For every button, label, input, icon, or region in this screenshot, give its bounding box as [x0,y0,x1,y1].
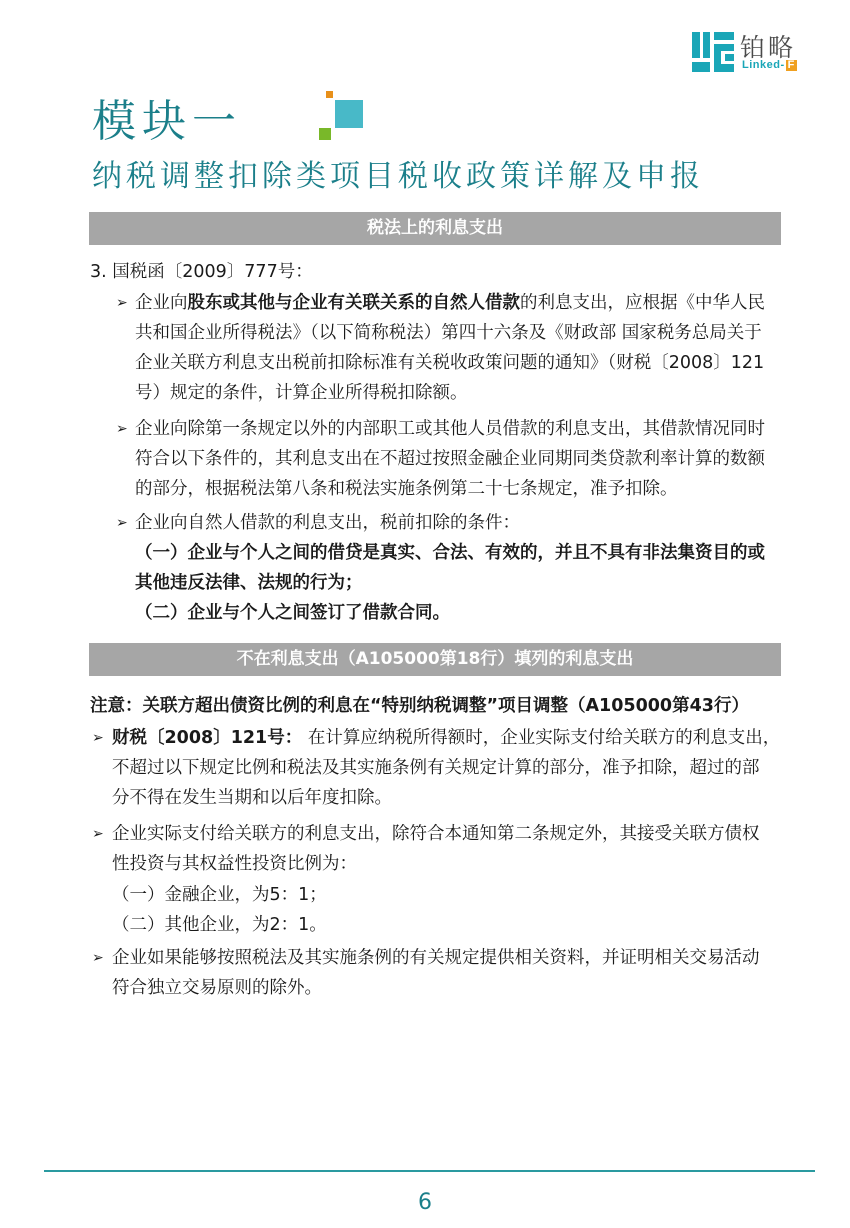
s1-b2-line-1: 企业向除第一条规定以外的内部职工或其他人员借款的利息支出，其借款情况同时 [135,414,765,444]
s2-b1-line-1: 财税〔2008〕121号： 在计算应纳税所得额时，企业实际支付给关联方的利息支出… [112,723,780,753]
text-run: 企业向 [135,293,188,313]
arrow-bullet-icon: ➢ [116,295,128,311]
s1-conditions: （一）企业与个人之间的借贷是真实、合法、有效的，并且不具有非法集资目的或 其他违… [135,538,765,628]
footer-divider [44,1170,815,1172]
s2-b1-line-3: 分不得在发生当期和以后年度扣除。 [112,783,780,813]
arrow-bullet-icon: ➢ [116,515,128,531]
section-bar-interest-expense: 税法上的利息支出 [89,212,781,245]
brand-logo: 铂略 Linked-F [692,30,812,74]
s2-b3-line-1: 企业如果能够按照税法及其实施条例的有关规定提供相关资料，并证明相关交易活动 [112,943,760,973]
section-bar-excluded-interest: 不在利息支出（A105000第18行）填列的利息支出 [89,643,781,676]
s2-bullet-3: 企业如果能够按照税法及其实施条例的有关规定提供相关资料，并证明相关交易活动 符合… [112,943,760,1003]
s2-b2-line-1: 企业实际支付给关联方的利息支出，除符合本通知第二条规定外，其接受关联方债权 [112,819,760,849]
bold-text-run: 股东或其他与企业有关联关系的自然人借款 [188,293,521,313]
s1-b2-line-3: 的部分，根据税法第八条和税法实施条例第二十七条规定，准予扣除。 [135,474,765,504]
s2-bullet-2: 企业实际支付给关联方的利息支出，除符合本通知第二条规定外，其接受关联方债权 性投… [112,819,760,879]
condition-1: （一）企业与个人之间的借贷是真实、合法、有效的，并且不具有非法集资目的或 [135,538,765,568]
section2-note: 注意：关联方超出债资比例的利息在“特别纳税调整”项目调整（A105000第43行… [90,691,749,721]
arrow-bullet-icon: ➢ [92,950,104,966]
logo-f-badge: F [786,60,797,71]
decor-green-square-icon [319,128,331,140]
s1-bullet-3: 企业向自然人借款的利息支出，税前扣除的条件： [135,508,520,538]
arrow-bullet-icon: ➢ [116,421,128,437]
condition-2: （二）企业与个人之间签订了借款合同。 [135,598,765,628]
ratio-financial: （一）金融企业，为5：1； [112,880,327,910]
logo-mark-icon [692,32,734,72]
arrow-bullet-icon: ➢ [92,730,104,746]
s1-bullet-2: 企业向除第一条规定以外的内部职工或其他人员借款的利息支出，其借款情况同时 符合以… [135,414,765,504]
module-subtitle: 纳税调整扣除类项目税收政策详解及申报 [92,160,704,193]
s1-b2-line-2: 符合以下条件的，其利息支出在不超过按照金融企业同期同类贷款利率计算的数额 [135,444,765,474]
section1-heading: 3. 国税函〔2009〕777号： [90,257,313,287]
s1-b1-line-3: 企业关联方利息支出税前扣除标准有关税收政策问题的通知》（财税〔2008〕121 [135,348,765,378]
page-number: 6 [0,1190,850,1215]
logo-en-text: Linked- [742,59,785,71]
condition-1-cont: 其他违反法律、法规的行为； [135,568,765,598]
s2-ratios: （一）金融企业，为5：1； （二）其他企业，为2：1。 [112,880,327,940]
s2-b3-line-2: 符合独立交易原则的除外。 [112,973,760,1003]
s2-b1-line-2: 不超过以下规定比例和税法及其实施条例有关规定计算的部分，准予扣除，超过的部 [112,753,780,783]
s1-bullet-1: 企业向股东或其他与企业有关联关系的自然人借款的利息支出，应根据《中华人民 共和国… [135,288,765,408]
s1-b1-line-1: 企业向股东或其他与企业有关联关系的自然人借款的利息支出，应根据《中华人民 [135,288,765,318]
text-run: 在计算应纳税所得额时，企业实际支付给关联方的利息支出， [302,728,780,748]
s1-b3-line-1: 企业向自然人借款的利息支出，税前扣除的条件： [135,508,520,538]
s2-b2-line-2: 性投资与其权益性投资比例为： [112,849,760,879]
decor-orange-square-icon [326,91,333,98]
arrow-bullet-icon: ➢ [92,826,104,842]
s1-b1-line-2: 共和国企业所得税法》（以下简称税法）第四十六条及《财政部 国家税务总局关于 [135,318,765,348]
s2-bullet-1: 财税〔2008〕121号： 在计算应纳税所得额时，企业实际支付给关联方的利息支出… [112,723,780,813]
bold-text-run: 财税〔2008〕121号： [112,728,302,748]
module-title: 模块一 [92,100,242,144]
text-run: 的利息支出，应根据《中华人民 [520,293,765,313]
ratio-other: （二）其他企业，为2：1。 [112,910,327,940]
decor-teal-square-icon [335,100,363,128]
logo-english-name: Linked-F [742,59,797,71]
s1-b1-line-4: 号）规定的条件，计算企业所得税扣除额。 [135,378,765,408]
